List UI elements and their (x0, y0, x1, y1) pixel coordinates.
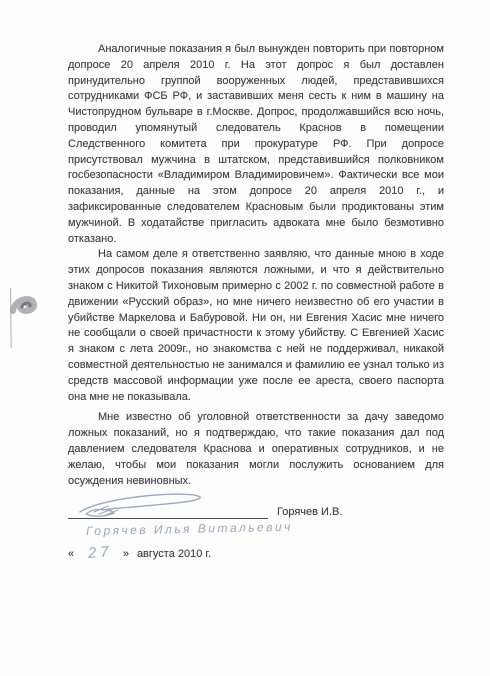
paragraph-responsibility: Мне известно об уголовной ответственност… (68, 410, 444, 489)
signature-line (68, 518, 268, 519)
date-close-quote: » (123, 547, 129, 563)
date-line: « 27 » августа 2010 г. (68, 545, 444, 563)
date-month-year: августа 2010 г. (137, 547, 211, 563)
date-day-handwritten: 27 (87, 544, 113, 562)
date-open-quote: « (68, 547, 74, 563)
statement-text: Аналогичные показания я был вынужден пов… (68, 42, 444, 563)
document-page: Аналогичные показания я был вынужден пов… (0, 0, 490, 676)
paragraph-repeat-interrogation: Аналогичные показания я был вынужден пов… (68, 42, 444, 247)
scan-artifact (2, 286, 48, 350)
signature-block: Горячев И.В. Горячев Илья Витальевич « 2… (68, 505, 444, 562)
paragraph-retraction: На самом деле я ответственно заявляю, чт… (68, 247, 444, 405)
